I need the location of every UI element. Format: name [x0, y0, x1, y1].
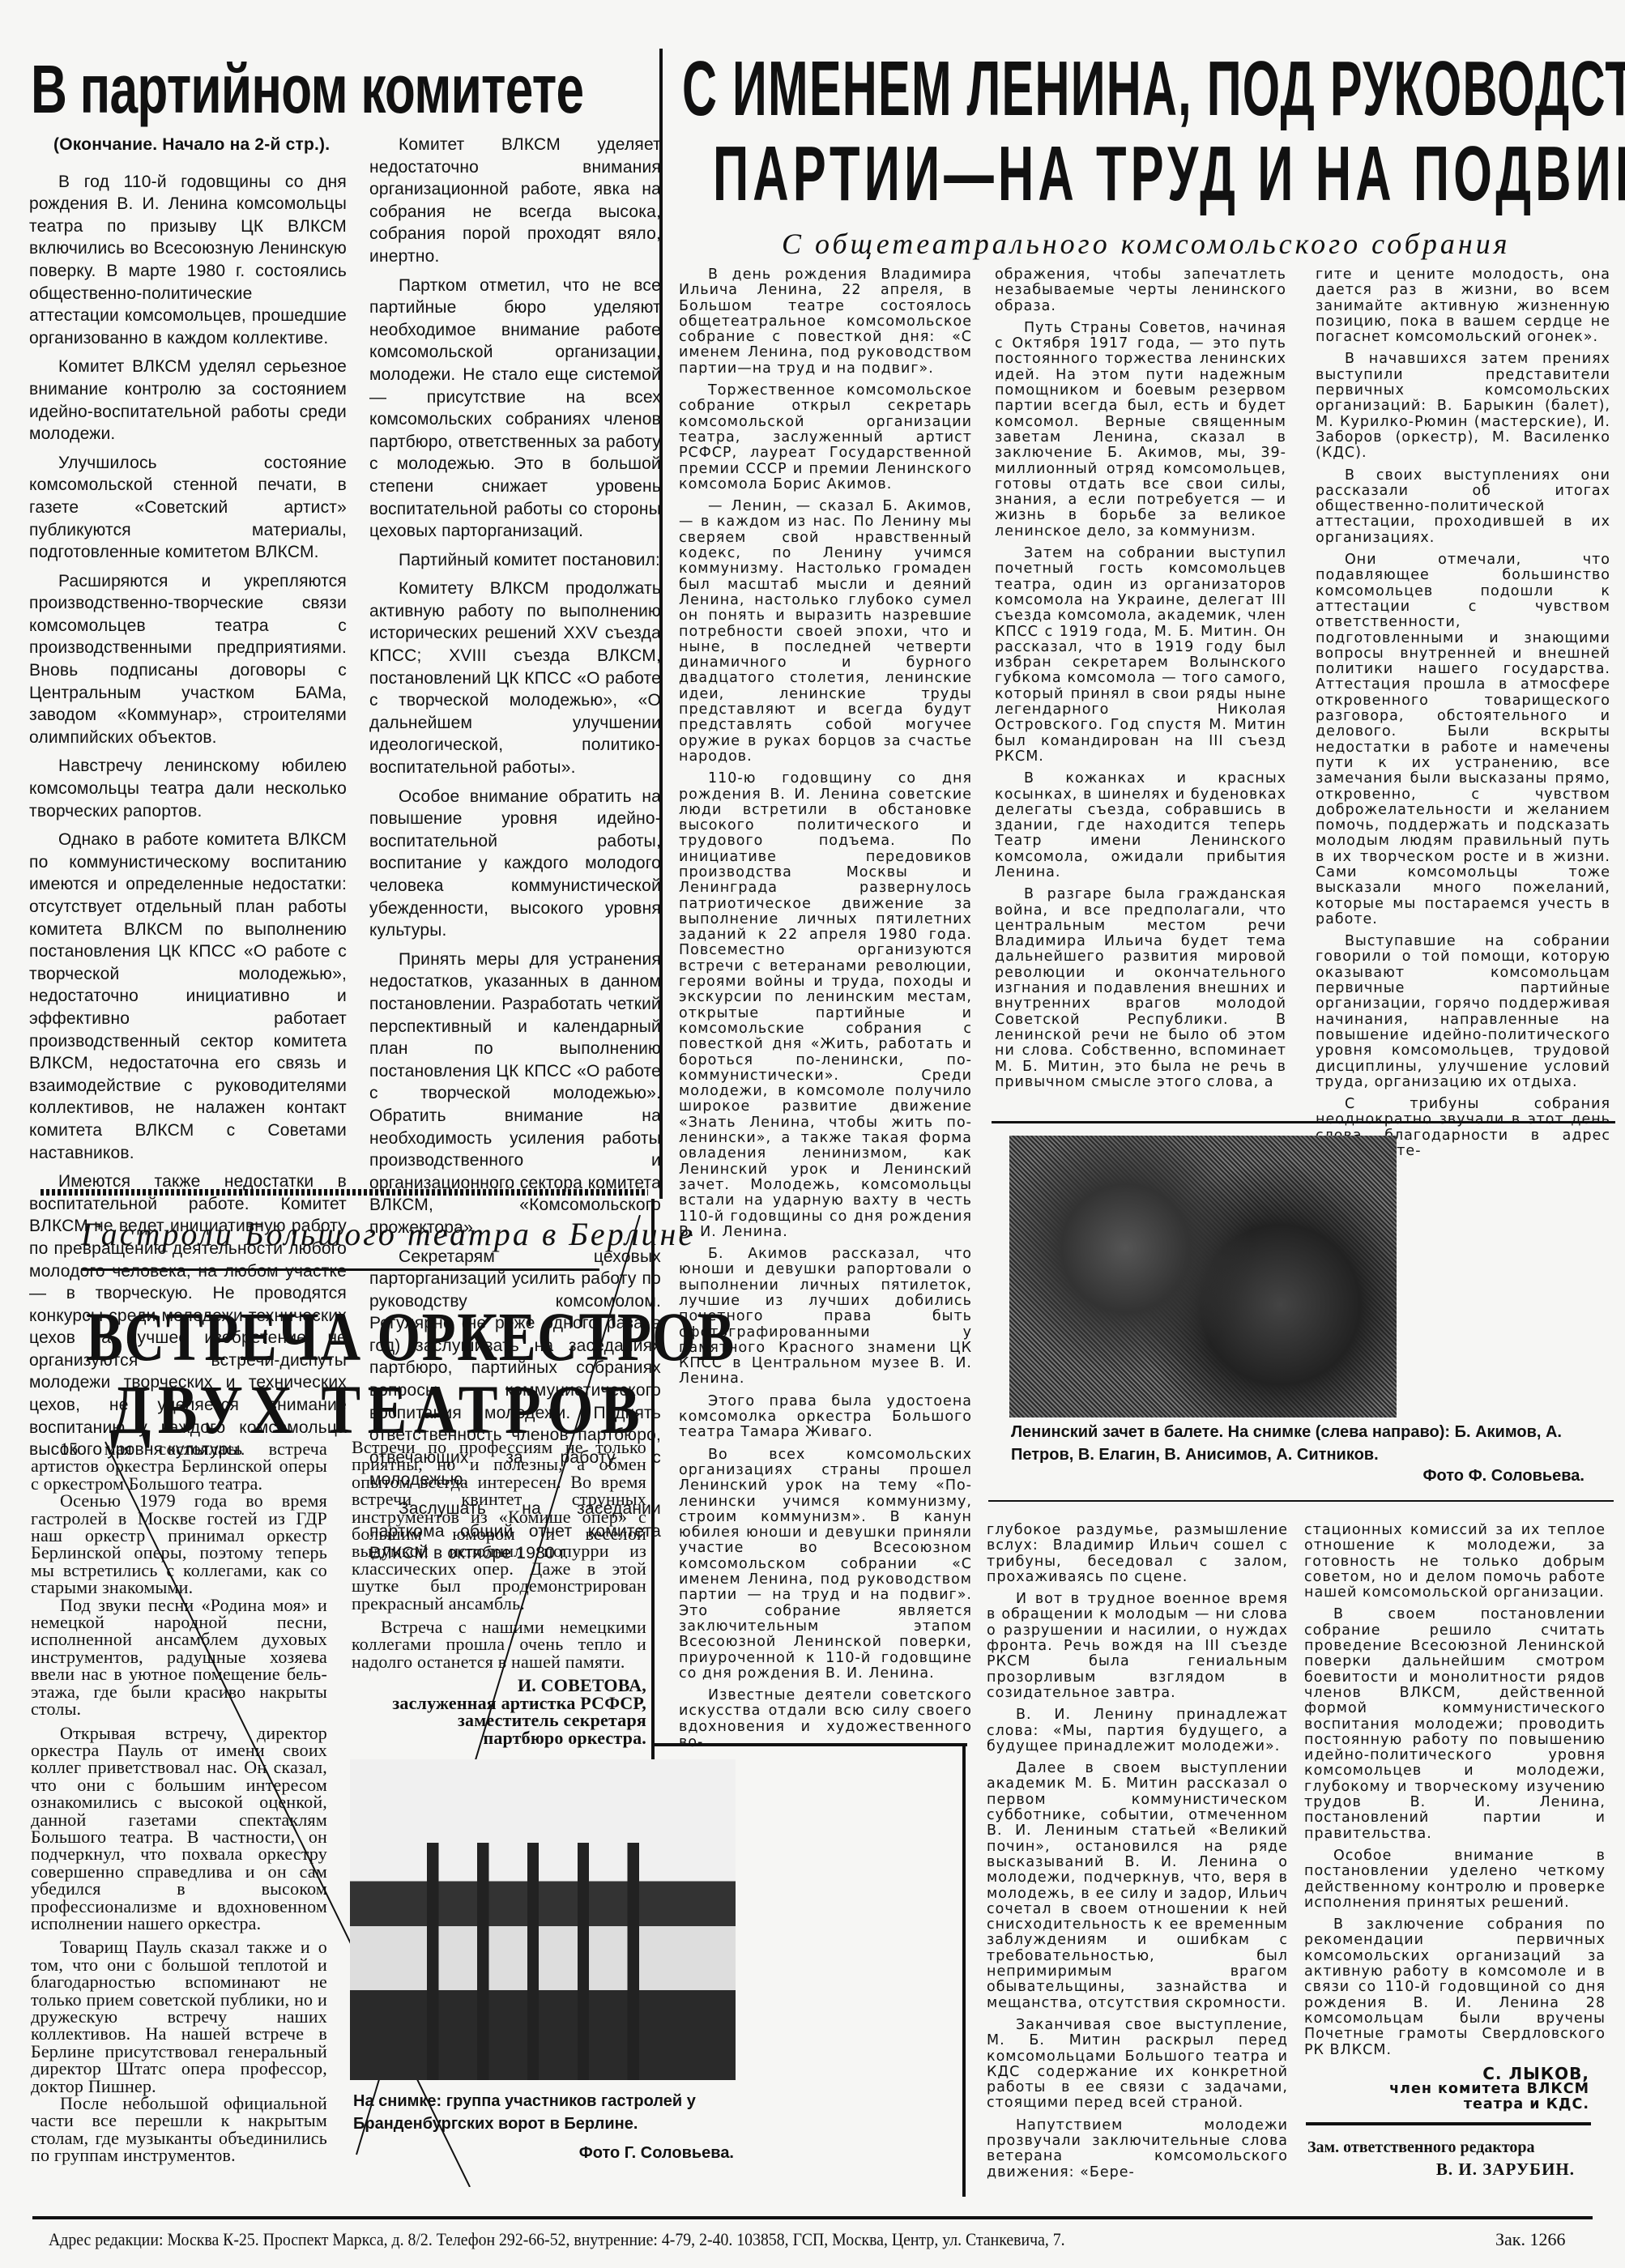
lenin-subheadline: С общетеатрального комсомольского собран… [782, 227, 1510, 261]
column-rule [962, 1743, 966, 2197]
editor-rule [1306, 2122, 1591, 2125]
paragraph: И вот в трудное военное время в обращени… [987, 1592, 1288, 1701]
paragraph: Выступавшие на собрании говорили о той п… [1316, 934, 1610, 1090]
paragraph: В начавшихся затем прениях выступили пре… [1316, 352, 1610, 461]
paragraph: гите и цените молодость, она дается раз … [1316, 267, 1610, 345]
paragraph: Торжественное комсомольское собрание отк… [679, 383, 972, 492]
brandenburg-gate-photo [350, 1759, 736, 2080]
paragraph: В. И. Ленину принадлежат слова: «Мы, пар… [987, 1707, 1288, 1754]
paragraph: В разгаре была гражданская война, и все … [995, 887, 1286, 1090]
paragraph: Затем на собрании выступил почетный гост… [995, 546, 1286, 765]
paragraph: глубокое раздумье, размышление вслух: Вл… [987, 1523, 1288, 1585]
continuation-note: (Окончание. Начало на 2-й стр.). [29, 134, 347, 156]
paragraph: Далее в своем выступлении академик М. Б.… [987, 1761, 1288, 2011]
paragraph: Этого права была удостоена комсомолка ор… [679, 1394, 972, 1441]
lenin-bottom-col2: стационных комиссий за их теплое отношен… [1304, 1523, 1606, 2113]
lenin-bottom-col1: глубокое раздумье, размышление вслух: Вл… [987, 1523, 1288, 2187]
paragraph: В своем постановлении собрание решило сч… [1304, 1607, 1606, 1841]
paragraph: Б. Акимов рассказал, что юноши и девушки… [679, 1247, 972, 1388]
paragraph: Напутствием молодежи прозвучали заключит… [987, 2118, 1288, 2181]
berlin-photo-credit: Фото Г. Соловьева. [353, 2142, 734, 2164]
editor-name: В. И. ЗАРУБИН. [1307, 2159, 1575, 2180]
paragraph: Они отмечали, что подавляющее большинств… [1316, 552, 1610, 927]
paragraph: Навстречу ленинскому юбилею комсомольцы … [29, 755, 347, 822]
paragraph: — Ленин, — сказал Б. Акимов,— в каждом и… [679, 499, 972, 765]
column-rule [659, 49, 663, 1199]
paragraph: Заканчивая свое выступление, М. Б. Митин… [987, 2018, 1288, 2112]
section-rule [651, 1743, 967, 1746]
paragraph: Комитету ВЛКСМ продолжать активную работ… [369, 578, 661, 778]
author-title: театра и КДС. [1304, 2097, 1589, 2112]
order-number: Зак. 1266 [1495, 2229, 1565, 2250]
author-name: С. ЛЫКОВ, [1304, 2066, 1589, 2082]
party-committee-headline: В партийном комитете [31, 57, 583, 122]
lenin-headline-1: С ИМЕНЕМ ЛЕНИНА, ПОД РУКОВОДСТВОМ [682, 49, 1625, 130]
author-title: член комитета ВЛКСМ [1304, 2082, 1589, 2097]
paragraph: ображения, чтобы запечатлеть незабываемы… [995, 267, 1286, 314]
ballet-photo-credit: Фото Ф. Соловьева. [1011, 1464, 1584, 1487]
paragraph: Однако в работе комитета ВЛКСМ по коммун… [29, 829, 347, 1164]
paragraph: Комитет ВЛКСМ уделяет недостаточно внима… [369, 134, 661, 268]
paragraph: В своих выступлениях они рассказали об и… [1316, 468, 1610, 546]
editorial-address: Адрес редакции: Москва К-25. Проспект Ма… [49, 2229, 1427, 2250]
paragraph: Особое внимание обратить на повышение ур… [369, 786, 661, 942]
lenin-col2: ображения, чтобы запечатлеть незабываемы… [995, 267, 1286, 1097]
paragraph: В день рождения Владимира Ильича Ленина,… [679, 267, 972, 377]
paragraph: Во всех комсомольских организациях стран… [679, 1447, 972, 1682]
paragraph: В кожанках и красных косынках, в шинелях… [995, 771, 1286, 880]
paragraph: Улучшилось состояние комсомольской стенн… [29, 452, 347, 564]
berlin-photo-caption: На снимке: группа участников гастролей у… [353, 2090, 742, 2135]
paragraph: Известные деятели советского искусства о… [679, 1688, 972, 1750]
footer-rule [32, 2216, 1593, 2219]
paragraph: стационных комиссий за их теплое отношен… [1304, 1523, 1606, 1601]
paragraph: В заключение собрания по рекомендации пе… [1304, 1917, 1606, 2058]
paragraph: В год 110-й годовщины со дня рождения В.… [29, 171, 347, 350]
paragraph: Партком отметил, что не все партийные бю… [369, 275, 661, 543]
lenin-headline-2: ПАРТИИ—НА ТРУД И НА ПОДВИГ [713, 134, 1625, 215]
ballet-photo [1009, 1136, 1397, 1417]
paragraph: Партийный комитет постановил: [369, 549, 661, 572]
section-separator [41, 1189, 648, 1196]
paragraph: Путь Страны Советов, начиная с Октября 1… [995, 321, 1286, 539]
ballet-photo-caption: Ленинский зачет в балете. На снимке (сле… [1011, 1421, 1610, 1466]
lenin-col1: В день рождения Владимира Ильича Ленина,… [679, 267, 972, 1757]
paragraph: Расширяются и укрепляются производственн… [29, 570, 347, 749]
lenin-col3: гите и цените молодость, она дается раз … [1316, 267, 1610, 1166]
paragraph: 110-ю годовщину со дня рождения В. И. Ле… [679, 771, 972, 1240]
section-rule [992, 1121, 1615, 1123]
editor-label: Зам. ответственного редактора [1307, 2138, 1535, 2157]
paragraph: Комитет ВЛКСМ уделял серьезное внимание … [29, 356, 347, 445]
section-rule [988, 1500, 1614, 1502]
paragraph: Особое внимание в постановлении уделено … [1304, 1848, 1606, 1911]
